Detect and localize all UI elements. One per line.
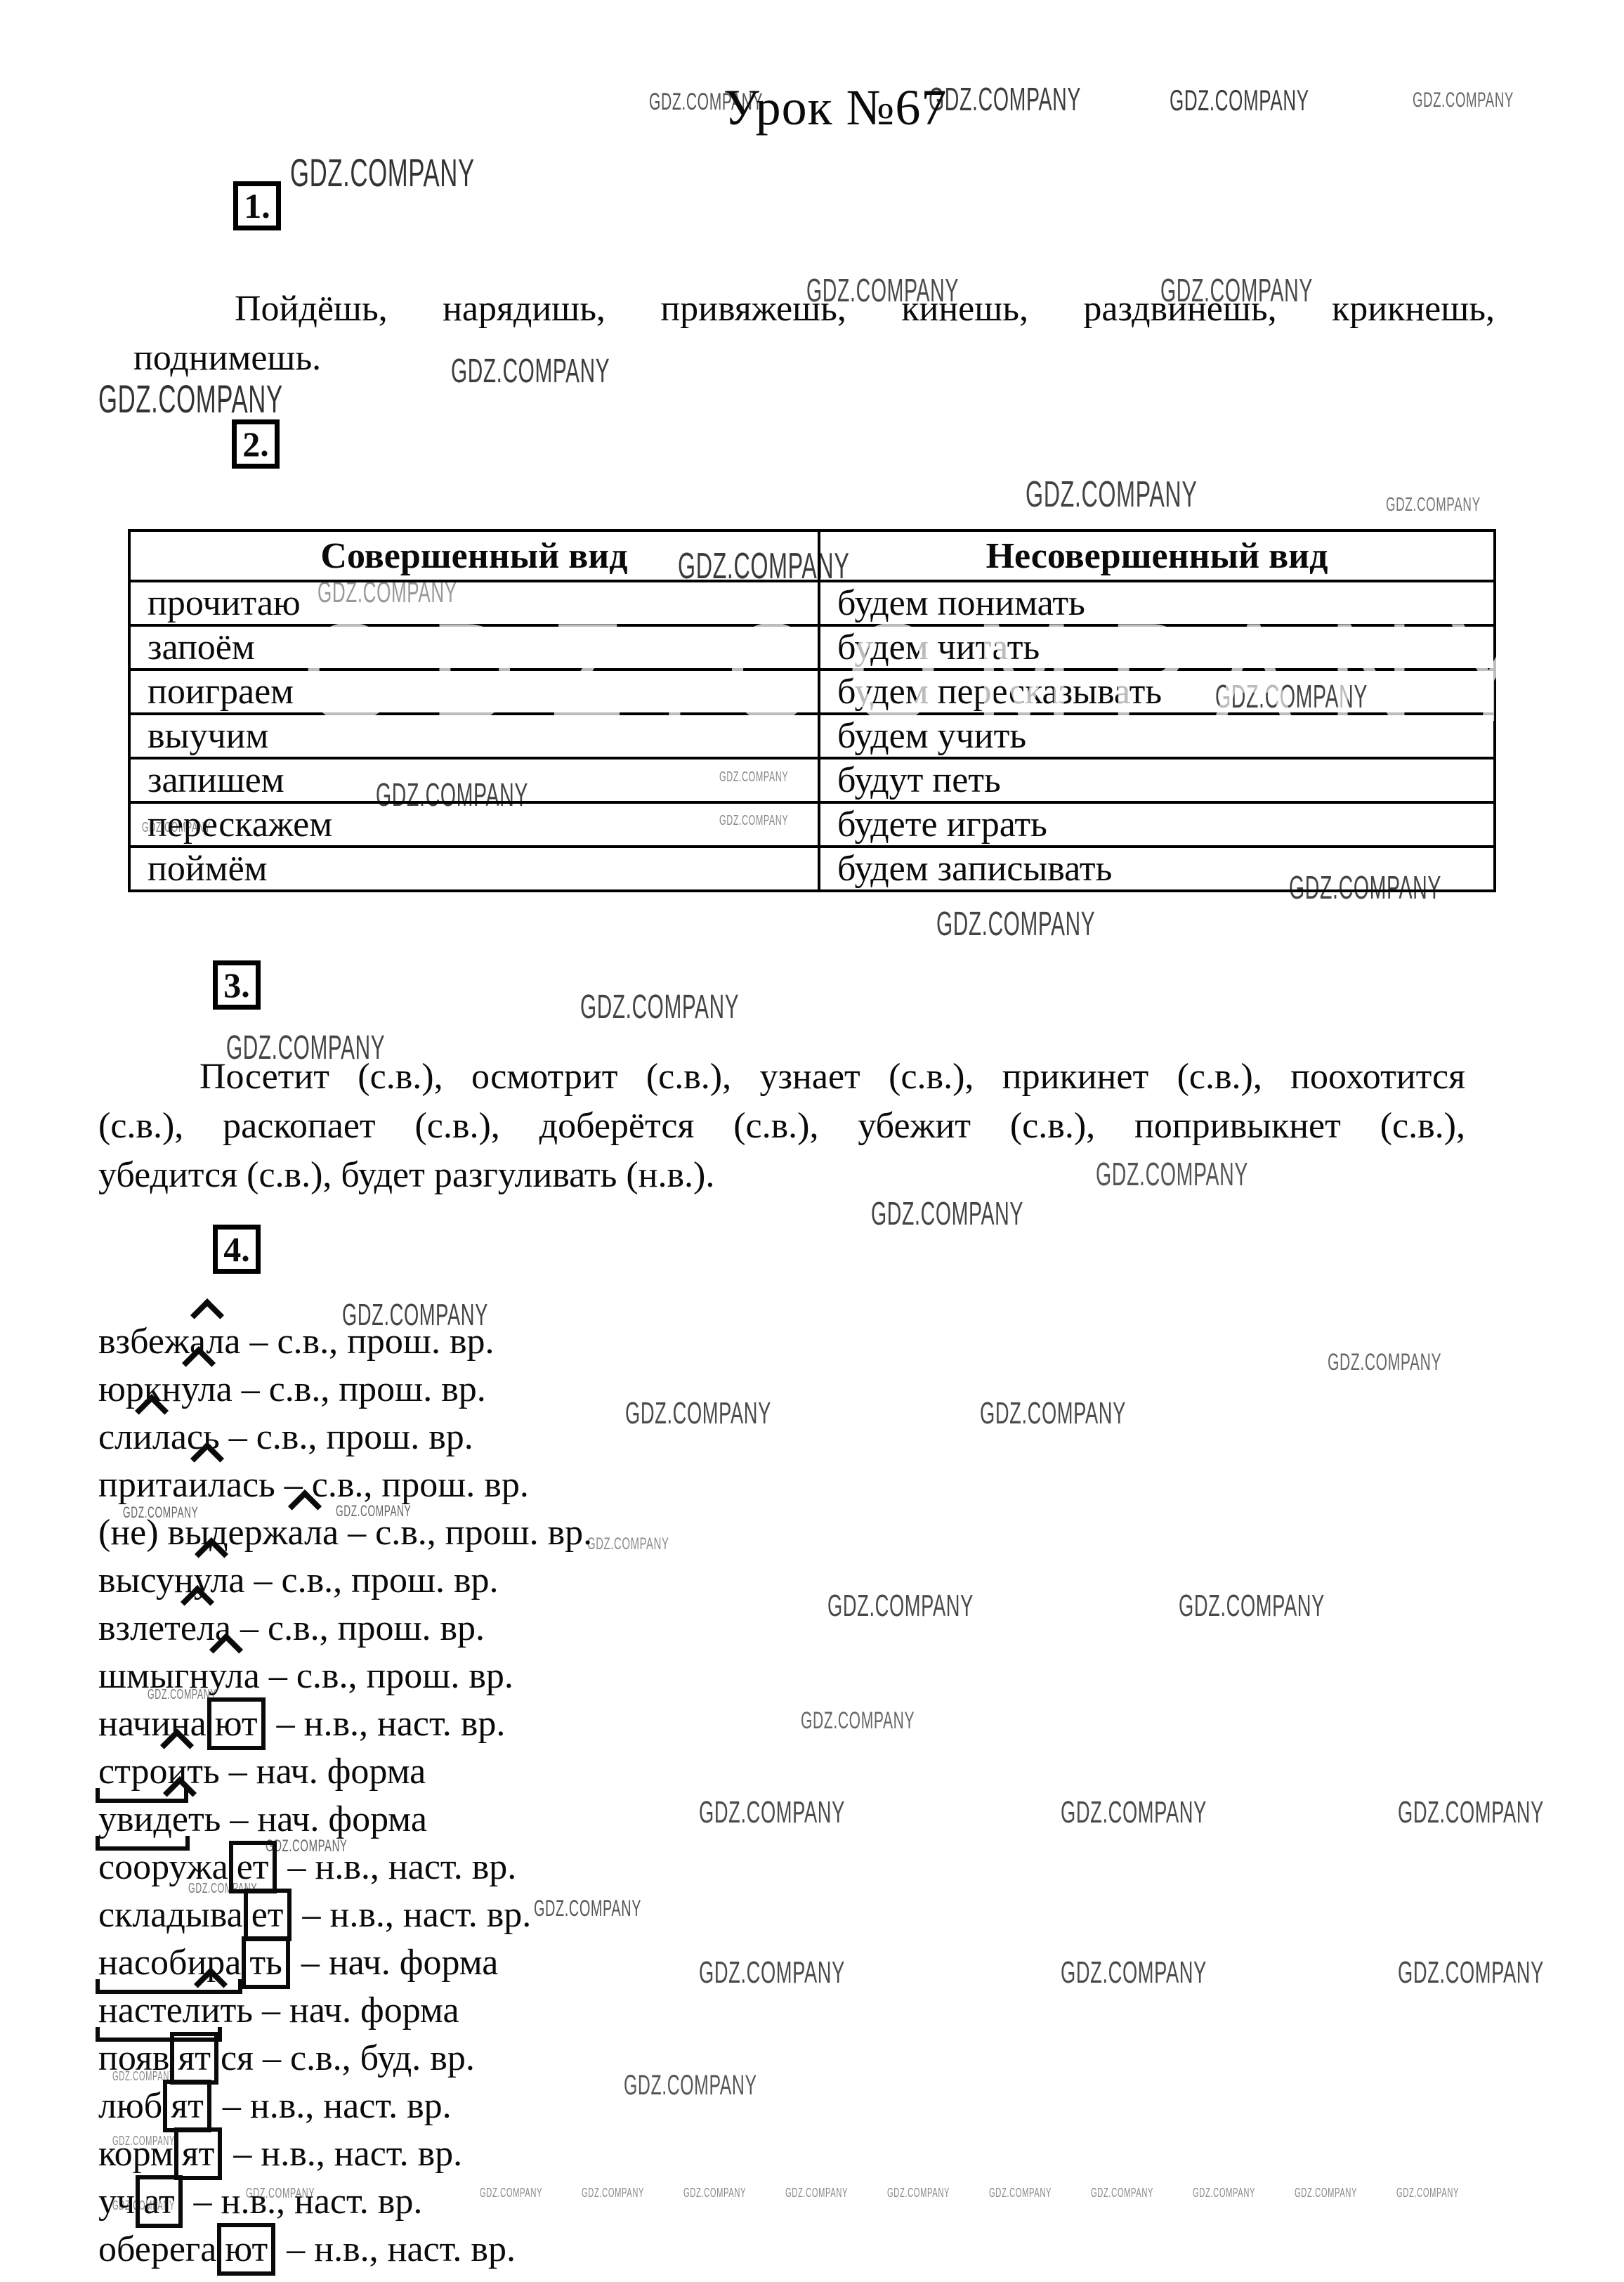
word-segment: а — [224, 1322, 240, 1362]
table-cell: поймём — [129, 847, 819, 891]
word-annotation: – н.в., наст. вр. — [214, 2086, 452, 2126]
watermark: GDZ.COMPANY — [699, 1797, 845, 1828]
word-annotation: – н.в., наст. вр. — [279, 1847, 517, 1887]
word-list-item: оберегают – н.в., наст. вр. — [98, 2226, 592, 2274]
watermark: GDZ.COMPANY — [1398, 1957, 1544, 1988]
ending-box-segment: ет — [229, 1841, 277, 1893]
watermark: GDZ.COMPANY — [624, 2071, 757, 2099]
suffix-hat-segment: ил — [188, 1465, 226, 1505]
ending-box-segment: ят — [170, 2032, 218, 2085]
ending-box-segment: ют — [217, 2223, 275, 2276]
word-segment: стро — [98, 1752, 167, 1792]
table-header-cell: Несовершенный вид — [819, 530, 1495, 581]
table-row: перескажембудете играть — [129, 802, 1495, 847]
word-segment: высун — [98, 1560, 194, 1600]
word-list-item: любят – н.в., наст. вр. — [98, 2082, 592, 2130]
watermark: GDZ.COMPANY — [1328, 1350, 1441, 1374]
section-1-number: 1. — [233, 181, 281, 230]
word-list-item: слилась – с.в., прош. вр. — [98, 1414, 592, 1461]
parsed-word: притаилась — [98, 1465, 275, 1505]
word-annotation: – с.в., буд. вр. — [254, 2038, 475, 2078]
exercise-3-answer: Посетит (с.в.), осмотрит (с.в.), узнает … — [98, 1052, 1465, 1200]
word-annotation: – н.в., наст. вр. — [277, 2229, 516, 2269]
watermark: GDZ.COMPANY — [1413, 90, 1514, 111]
suffix-hat-segment: и — [201, 1990, 221, 2030]
parsed-word: любят — [98, 2086, 214, 2126]
watermark: GDZ.COMPANY — [1026, 476, 1197, 513]
table-cell: будут петь — [819, 758, 1495, 802]
word-annotation: – с.в., прош. вр. — [240, 1322, 494, 1362]
parsed-word: складывает — [98, 1895, 294, 1935]
word-list-item: притаилась – с.в., прош. вр. — [98, 1461, 592, 1509]
stem-bracket-mark: настели — [98, 1990, 221, 2030]
word-segment: появ — [98, 2038, 169, 2078]
word-segment: ть — [187, 1752, 219, 1792]
watermark: GDZ.COMPANY — [98, 379, 283, 419]
word-list-item: увидеть – нач. форма — [98, 1796, 592, 1844]
table-row: запоёмбудем читать — [129, 625, 1495, 670]
word-list-item: высунула – с.в., прош. вр. — [98, 1557, 592, 1605]
word-list-item: появятся – с.в., буд. вр. — [98, 2035, 592, 2082]
word-annotation: – с.в., прош. вр. — [244, 1560, 498, 1600]
word-list-item: взлетела – с.в., прош. вр. — [98, 1605, 592, 1652]
table-row: запишембудут петь — [129, 758, 1495, 802]
word-segment: ся — [221, 2038, 254, 2078]
text-line: (с.в.), раскопает (с.в.), доберётся (с.в… — [98, 1102, 1465, 1151]
ending-box-segment: ат — [136, 2175, 182, 2228]
word-list-item: юркнула – с.в., прош. вр. — [98, 1366, 592, 1414]
table-cell: запишем — [129, 758, 819, 802]
word-segment: выдерж — [168, 1513, 288, 1553]
ending-box-segment: ет — [244, 1889, 292, 1941]
table-cell: будем понимать — [819, 581, 1495, 625]
table-cell: прочитаю — [129, 581, 819, 625]
watermark: GDZ.COMPANY — [1170, 86, 1309, 115]
parsed-word: шмыгнула — [98, 1656, 260, 1696]
watermark: GDZ.COMPANY — [683, 2186, 746, 2199]
table-row: прочитаюбудем понимать — [129, 581, 1495, 625]
word-list-item: насобирать – нач. форма — [98, 1939, 592, 1987]
word-segment: сооружа — [98, 1847, 228, 1887]
watermark: GDZ.COMPANY — [587, 1536, 669, 1553]
word-segment: уч — [98, 2182, 135, 2222]
table-body: прочитаюбудем пониматьзапоёмбудем читать… — [129, 581, 1495, 891]
word-segment: ась — [226, 1465, 275, 1505]
word-segment: увид — [98, 1799, 172, 1839]
word-list-item: настелить – нач. форма — [98, 1987, 592, 2035]
word-annotation: – с.в., прош. вр. — [339, 1513, 592, 1553]
watermark: GDZ.COMPANY — [1091, 2186, 1153, 2199]
word-annotation: – н.в., наст. вр. — [294, 1895, 532, 1935]
word-segment: а — [216, 1369, 233, 1409]
watermark: GDZ.COMPANY — [801, 1709, 915, 1733]
parsed-word: увидеть — [98, 1799, 221, 1839]
table-header-row: Совершенный вид Несовершенный вид — [129, 530, 1495, 581]
word-segment: а — [228, 1560, 244, 1600]
watermark: GDZ.COMPANY — [980, 1398, 1126, 1429]
watermark: GDZ.COMPANY — [887, 2186, 950, 2199]
exercise-1-answer: Пойдёшь, нарядишь, привяжешь, кинешь, ра… — [133, 285, 1495, 383]
suffix-hat-segment: ул — [209, 1656, 244, 1696]
word-segment: настел — [98, 1990, 201, 2030]
table-header-cell: Совершенный вид — [129, 530, 819, 581]
section-3-number: 3. — [213, 960, 261, 1010]
parsed-word: юркнула — [98, 1369, 233, 1409]
watermark: GDZ.COMPANY — [1061, 1797, 1207, 1828]
watermark: GDZ.COMPANY — [625, 1398, 771, 1429]
word-annotation: – нач. форма — [292, 1943, 499, 1983]
watermark: GDZ.COMPANY — [827, 1591, 974, 1622]
watermark: GDZ.COMPANY — [1295, 2186, 1357, 2199]
word-segment: ть — [221, 1990, 253, 2030]
parsed-word: взбежала — [98, 1322, 240, 1362]
word-segment: взлет — [98, 1608, 181, 1648]
word-list-item: сооружает – н.в., наст. вр. — [98, 1844, 592, 1891]
morphology-word-list: взбежала – с.в., прош. вр.юркнула – с.в.… — [98, 1318, 592, 2274]
parsed-word: выдержала — [168, 1513, 339, 1553]
suffix-hat-segment: ул — [181, 1369, 216, 1409]
parsed-word: сооружает — [98, 1847, 279, 1887]
parsed-word: кормят — [98, 2134, 224, 2174]
watermark: GDZ.COMPANY — [1386, 495, 1481, 514]
table-cell: поиграем — [129, 670, 819, 714]
table-row: поиграембудем пересказывать — [129, 670, 1495, 714]
word-segment: сл — [98, 1417, 133, 1457]
section-2-number: 2. — [232, 419, 280, 469]
watermark: GDZ.COMPANY — [580, 991, 739, 1024]
word-segment: складыва — [98, 1895, 243, 1935]
word-segment: люб — [98, 2086, 162, 2126]
table-cell: будете играть — [819, 802, 1495, 847]
watermark: GDZ.COMPANY — [1179, 1591, 1325, 1622]
parsed-word: насобирать — [98, 1943, 292, 1983]
word-segment: а — [322, 1513, 339, 1553]
text-line: поднимешь. — [133, 334, 1495, 383]
word-annotation: – нач. форма — [220, 1752, 426, 1792]
watermark: GDZ.COMPANY — [1396, 2186, 1459, 2199]
table-cell: выучим — [129, 714, 819, 758]
word-lead: (не) — [98, 1513, 168, 1553]
page-title: Урок №67 — [723, 79, 947, 137]
word-annotation: – с.в., прош. вр. — [231, 1608, 485, 1648]
word-annotation: – нач. форма — [253, 1990, 459, 2030]
ending-box-segment: ть — [242, 1936, 289, 1989]
watermark: GDZ.COMPANY — [1061, 1957, 1207, 1988]
word-list-item: складывает – н.в., наст. вр. — [98, 1891, 592, 1939]
word-list-item: взбежала – с.в., прош. вр. — [98, 1318, 592, 1366]
word-list-item: шмыгнула – с.в., прош. вр. — [98, 1652, 592, 1700]
parsed-word: оберегают — [98, 2229, 277, 2269]
ending-box-segment: ят — [174, 2127, 223, 2180]
watermark: GDZ.COMPANY — [1193, 2186, 1255, 2199]
word-annotation: – н.в., наст. вр. — [185, 2182, 423, 2222]
parsed-word: строить — [98, 1752, 220, 1792]
word-annotation: – с.в., прош. вр. — [233, 1369, 486, 1409]
watermark: GDZ.COMPANY — [699, 1957, 845, 1988]
suffix-hat-segment: ал — [288, 1513, 323, 1553]
section-4-number: 4. — [213, 1225, 261, 1274]
table-cell: будем записывать — [819, 847, 1495, 891]
document-page: GDZ.COMPANYGDZ.COMPANYGDZ.COMPANYGDZ.COM… — [0, 0, 1624, 2282]
watermark: GDZ.COMPANY — [290, 153, 475, 193]
stem-bracket-mark: увиде — [98, 1799, 188, 1839]
word-segment: юркн — [98, 1369, 181, 1409]
table-cell: запоём — [129, 625, 819, 670]
ending-box-segment: ют — [207, 1697, 266, 1750]
watermark: GDZ.COMPANY — [785, 2186, 848, 2199]
parsed-word: учат — [98, 2182, 185, 2222]
word-segment: оберега — [98, 2229, 216, 2269]
suffix-hat-segment: ел — [181, 1608, 215, 1648]
table-cell: будем учить — [819, 714, 1495, 758]
watermark: GDZ.COMPANY — [936, 908, 1095, 941]
word-segment: корм — [98, 2134, 173, 2174]
word-segment: прита — [98, 1465, 188, 1505]
word-segment: начина — [98, 1704, 207, 1744]
watermark: GDZ.COMPANY — [929, 83, 1081, 115]
word-list-item: учат – н.в., наст. вр. — [98, 2178, 592, 2226]
watermark: GDZ.COMPANY — [989, 2186, 1052, 2199]
word-list-item: (не) выдержала – с.в., прош. вр. — [98, 1509, 592, 1557]
parsed-word: взлетела — [98, 1608, 231, 1648]
text-line: Пойдёшь, нарядишь, привяжешь, кинешь, ра… — [133, 285, 1495, 334]
suffix-hat-segment: е — [172, 1799, 188, 1839]
text-line: убедится (с.в.), будет разгуливать (н.в.… — [98, 1151, 1465, 1200]
word-annotation: – с.в., прош. вр. — [260, 1656, 513, 1696]
watermark: GDZ.COMPANY — [871, 1197, 1023, 1230]
ending-box-segment: ят — [163, 2080, 211, 2132]
watermark: GDZ.COMPANY — [1398, 1797, 1544, 1828]
word-annotation: – с.в., прош. вр. — [220, 1417, 473, 1457]
word-list-item: кормят – н.в., наст. вр. — [98, 2130, 592, 2178]
parsed-word: появятся — [98, 2038, 254, 2078]
word-segment: взбеж — [98, 1322, 190, 1362]
word-annotation: – н.в., наст. вр. — [268, 1704, 506, 1744]
table-cell: перескажем — [129, 802, 819, 847]
parsed-word: настелить — [98, 1990, 253, 2030]
word-segment: а — [244, 1656, 260, 1696]
table-cell: будем читать — [819, 625, 1495, 670]
word-annotation: – нач. форма — [221, 1799, 427, 1839]
word-segment: шмыгн — [98, 1656, 209, 1696]
suffix-hat-segment: ил — [133, 1417, 171, 1457]
table-cell: будем пересказывать — [819, 670, 1495, 714]
word-annotation: – н.в., наст. вр. — [224, 2134, 462, 2174]
text-line: Посетит (с.в.), осмотрит (с.в.), узнает … — [98, 1052, 1465, 1102]
table-row: поймёмбудем записывать — [129, 847, 1495, 891]
table-row: выучимбудем учить — [129, 714, 1495, 758]
parsed-word: высунула — [98, 1560, 244, 1600]
aspect-table: Совершенный вид Несовершенный вид прочит… — [128, 529, 1496, 892]
word-segment: ть — [188, 1799, 221, 1839]
